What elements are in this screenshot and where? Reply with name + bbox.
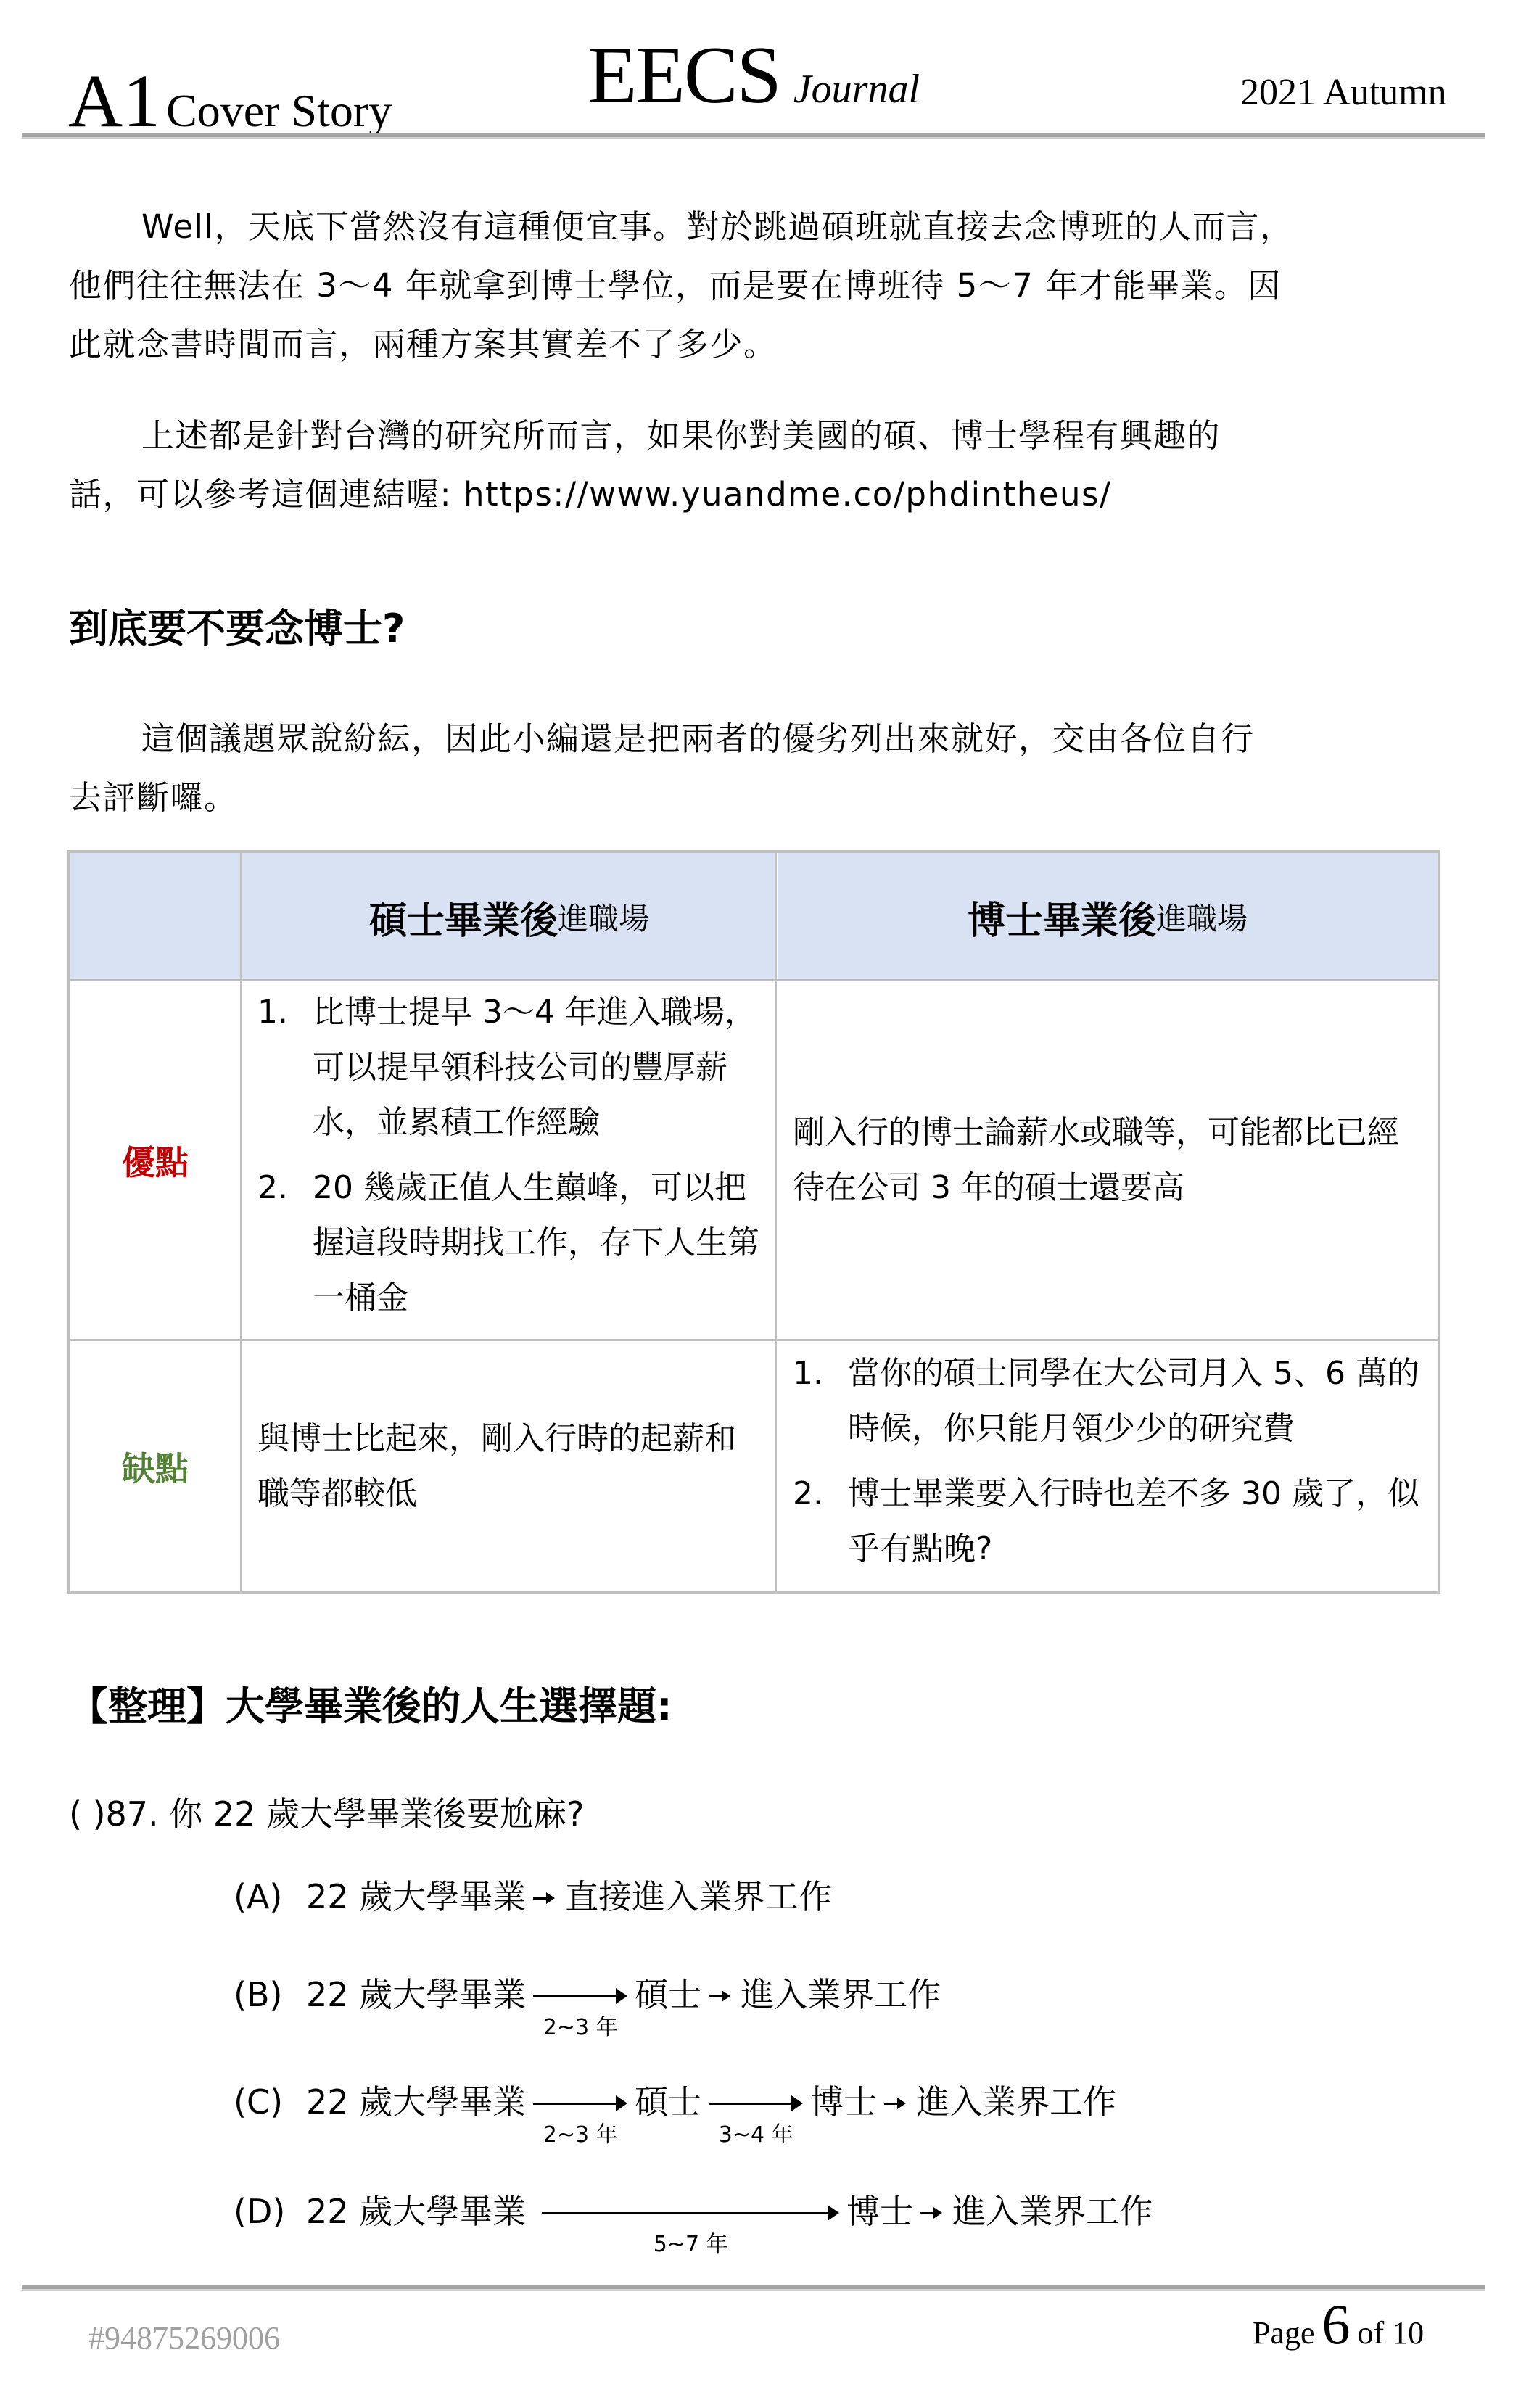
question: ( )87. 你 22 歲大學畢業後要尬麻?	[69, 1797, 584, 1831]
cons-phd-cell: 1.當你的碩士同學在大公司月入 5、6 萬的時候，你只能月領少少的研究費 2.博…	[777, 1341, 1438, 1591]
section-number: A1	[68, 59, 160, 143]
journal-title: EECS	[588, 30, 780, 120]
duration-label: 2~3 年	[543, 2017, 618, 2039]
paragraph-line: Well，天底下當然沒有這種便宜事。對於跳過碩班就直接去念博班的人而言，	[69, 197, 1443, 256]
paragraph-line: 上述都是針對台灣的研究所而言，如果你對美國的碩、博士學程有興趣的	[69, 406, 1443, 465]
option-label: (B)	[234, 1978, 306, 2011]
duration-label: 2~3 年	[543, 2124, 618, 2146]
footer-divider	[22, 2285, 1485, 2291]
cons-phd-list: 1.當你的碩士同學在大公司月入 5、6 萬的時候，你只能月領少少的研究費 2.博…	[793, 1346, 1423, 1587]
pros-phd-cell: 剛入行的博士論薪水或職等，可能都比已經待在公司 3 年的碩士還要高	[777, 981, 1438, 1339]
comparison-table: 碩士畢業後進職場 博士畢業後進職場 優點 1.比博士提早 3～4 年進入職場，可…	[67, 850, 1440, 1594]
page-current: 6	[1322, 2293, 1351, 2356]
cell-text: 與博士比起來，剛入行時的起薪和職等都較低	[257, 1411, 761, 1522]
journal-subtitle: Journal	[793, 67, 920, 112]
journal-logo: EECSJournal	[588, 35, 920, 116]
page-total: of 10	[1358, 2315, 1425, 2351]
intro-paragraph: 這個議題眾說紛紜，因此小編還是把兩者的優劣列出來就好，交由各位自行 去評斷囉。	[69, 709, 1443, 827]
long-arrow-icon: 2~3 年	[533, 1978, 627, 2011]
column-header-masters: 碩士畢業後進職場	[242, 853, 776, 981]
paragraph-line: 話，可以參考這個連結喔: https://www.yuandme.co/phdi…	[69, 465, 1443, 524]
arrow-icon	[920, 2195, 945, 2228]
duration-label: 5~7 年	[654, 2234, 728, 2256]
option-b: (B) 22 歲大學畢業 2~3 年 碩士 進入業界工作	[234, 1978, 941, 2011]
paragraph-line: 他們往往無法在 3～4 年就拿到博士學位，而是要在博班待 5～7 年才能畢業。因	[69, 256, 1443, 315]
option-a: (A) 22 歲大學畢業 直接進入業界工作	[234, 1880, 832, 1913]
list-item: 2.博士畢業要入行時也差不多 30 歲了，似乎有點晚?	[793, 1467, 1423, 1577]
paragraph-line: 這個議題眾說紛紜，因此小編還是把兩者的優劣列出來就好，交由各位自行	[69, 709, 1443, 768]
list-item: 2.20 幾歲正值人生巔峰，可以把握這段時期找工作，存下人生第一桶金	[257, 1160, 761, 1326]
long-arrow-icon: 5~7 年	[542, 2195, 839, 2228]
arrow-icon	[884, 2085, 909, 2119]
long-arrow-icon: 2~3 年	[533, 2085, 627, 2119]
option-label: (C)	[234, 2085, 306, 2119]
duration-label: 3~4 年	[719, 2124, 793, 2146]
table-corner-cell	[70, 853, 241, 981]
row-label-cons: 缺點	[70, 1341, 240, 1591]
column-header-small: 進職場	[558, 895, 649, 939]
document-id: #94875269006	[88, 2320, 280, 2357]
option-label: (D)	[234, 2195, 306, 2228]
paragraph-line: 去評斷囉。	[69, 768, 1443, 827]
arrow-icon	[709, 1978, 733, 2011]
page-word: Page	[1253, 2315, 1315, 2351]
section-tag: A1Cover Story	[68, 64, 392, 139]
cons-masters-cell: 與博士比起來，剛入行時的起薪和職等都較低	[242, 1341, 775, 1591]
paragraph-us-link: 上述都是針對台灣的研究所而言，如果你對美國的碩、博士學程有興趣的 話，可以參考這…	[69, 406, 1443, 524]
issue-label: 2021 Autumn	[1240, 74, 1447, 112]
column-header-bold: 博士畢業後	[968, 890, 1156, 944]
paragraph-line: 此就念書時間而言，兩種方案其實差不了多少。	[69, 315, 1443, 374]
option-c: (C) 22 歲大學畢業 2~3 年 碩士 3~4 年 博士 進入業界工作	[234, 2085, 1116, 2119]
section-label: Cover Story	[166, 85, 392, 136]
column-header-phd: 博士畢業後進職場	[778, 853, 1438, 981]
paragraph-cost: Well，天底下當然沒有這種便宜事。對於跳過碩班就直接去念博班的人而言， 他們往…	[69, 197, 1443, 374]
long-arrow-icon: 3~4 年	[709, 2085, 803, 2119]
option-label: (A)	[234, 1880, 306, 1913]
section-heading: 到底要不要念博士?	[69, 609, 405, 648]
list-item: 1.當你的碩士同學在大公司月入 5、6 萬的時候，你只能月領少少的研究費	[793, 1346, 1423, 1456]
header-divider	[22, 133, 1485, 139]
column-header-bold: 碩士畢業後	[369, 890, 558, 944]
pros-masters-cell: 1.比博士提早 3～4 年進入職場，可以提早領科技公司的豐厚薪水，並累積工作經驗…	[242, 981, 775, 1339]
arrow-icon	[533, 1880, 558, 1913]
option-d: (D) 22 歲大學畢業 5~7 年 博士 進入業界工作	[234, 2195, 1153, 2228]
cell-text: 剛入行的博士論薪水或職等，可能都比已經待在公司 3 年的碩士還要高	[793, 1105, 1423, 1216]
list-item: 1.比博士提早 3～4 年進入職場，可以提早領科技公司的豐厚薪水，並累積工作經驗	[257, 985, 761, 1150]
row-label-pros: 優點	[70, 981, 240, 1339]
pros-masters-list: 1.比博士提早 3～4 年進入職場，可以提早領科技公司的豐厚薪水，並累積工作經驗…	[257, 985, 761, 1336]
page-indicator: Page6of 10	[1253, 2296, 1424, 2353]
column-header-small: 進職場	[1156, 895, 1248, 939]
summary-heading: 【整理】大學畢業後的人生選擇題:	[69, 1687, 672, 1726]
